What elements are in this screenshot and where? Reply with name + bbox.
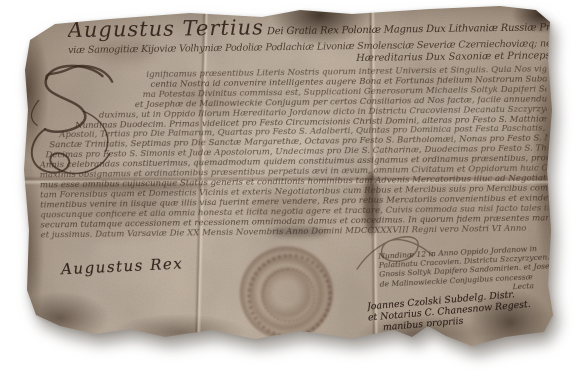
parchment-document: w Augustus Tertius Dei Gratia Rex Poloni… bbox=[0, 0, 575, 385]
document-content: w Augustus Tertius Dei Gratia Rex Poloni… bbox=[0, 0, 575, 385]
charter-header: Augustus Tertius Dei Gratia Rex Poloniæ … bbox=[68, 11, 551, 68]
header-line-1: Augustus Tertius Dei Gratia Rex Poloniæ … bbox=[68, 11, 550, 42]
marginal-ink-mark: w bbox=[28, 28, 36, 38]
photo-background: w Augustus Tertius Dei Gratia Rex Poloni… bbox=[0, 0, 575, 385]
king-name: Augustus Tertius bbox=[68, 15, 264, 42]
charter-body-text: ignificamus præsentibus Literis Nostris … bbox=[38, 65, 548, 240]
royal-title: Dei Gratia Rex Poloniæ Magnus Dux Lithva… bbox=[264, 22, 550, 38]
document-shadow: w Augustus Tertius Dei Gratia Rex Poloni… bbox=[0, 0, 575, 385]
royal-signature: Augustus Rex bbox=[61, 254, 184, 278]
paper-seal bbox=[239, 245, 334, 340]
